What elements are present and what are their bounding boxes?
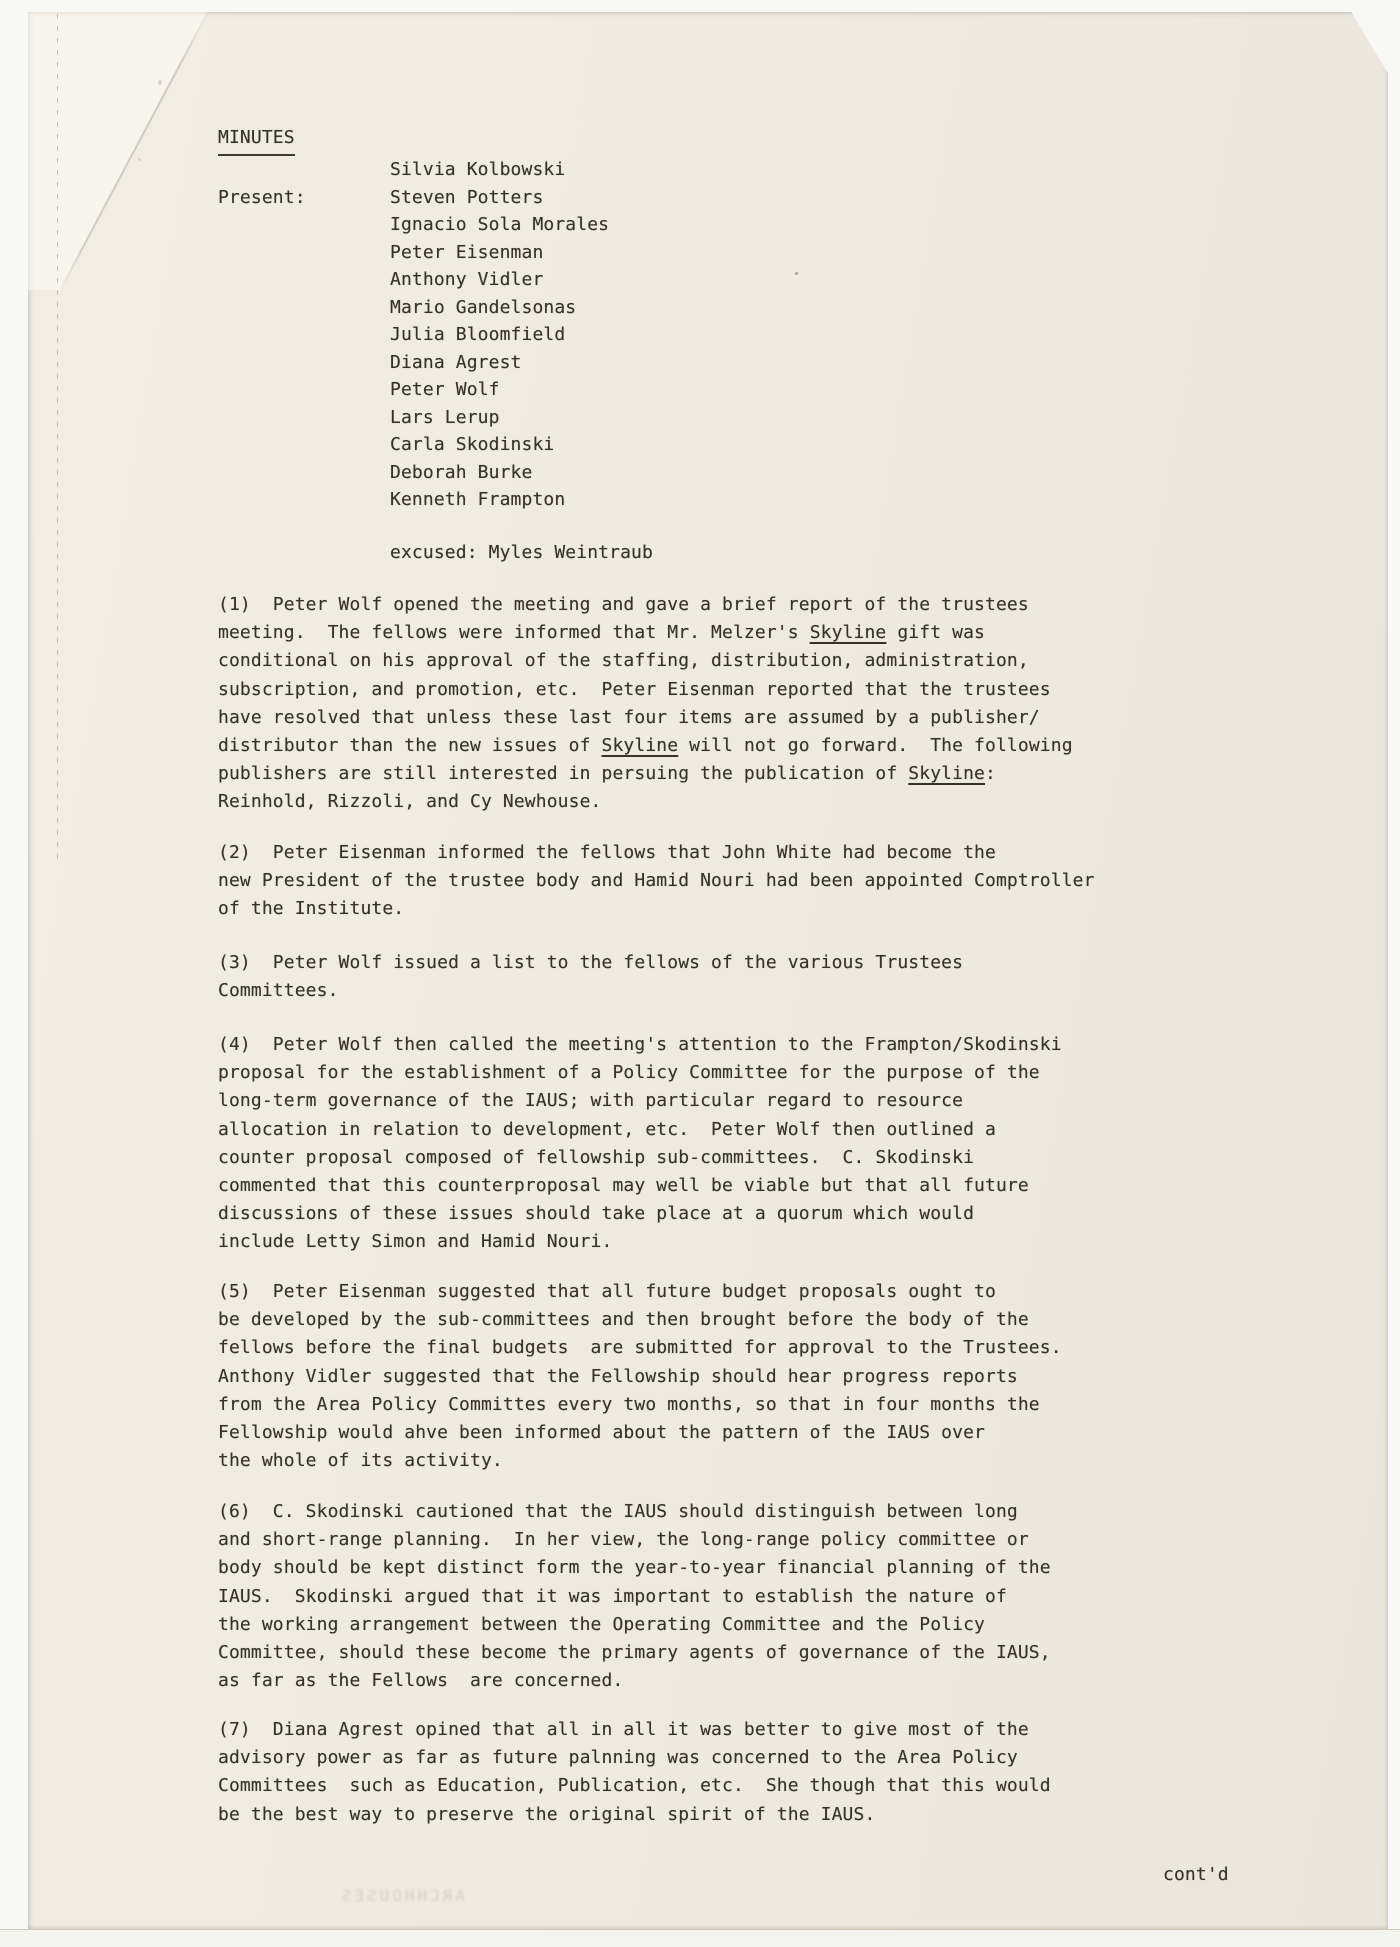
paper-bottom-edge	[0, 1929, 1400, 1947]
paragraph-3: (3) Peter Wolf issued a list to the fell…	[218, 949, 963, 1005]
scanned-page: MINUTES Present: Silvia Kolbowski Steven…	[0, 0, 1400, 1947]
continuation-note: cont'd	[1163, 1861, 1229, 1889]
paragraph-5: (5) Peter Eisenman suggested that all fu…	[218, 1278, 1062, 1475]
paper-speck	[138, 158, 141, 161]
excused-line: excused: Myles Weintraub	[390, 539, 653, 567]
paragraph-6: (6) C. Skodinski cautioned that the IAUS…	[218, 1498, 1051, 1695]
paper-speck	[795, 272, 798, 275]
paragraph-4: (4) Peter Wolf then called the meeting's…	[218, 1031, 1062, 1257]
present-label: Present:	[218, 184, 306, 212]
paper-speck	[158, 80, 162, 85]
left-crease-dashed-line	[57, 14, 58, 864]
document-title: MINUTES	[218, 124, 295, 156]
paragraph-7: (7) Diana Agrest opined that all in all …	[218, 1716, 1051, 1829]
attendee-list: Silvia Kolbowski Steven Potters Ignacio …	[390, 156, 609, 514]
paragraph-1: (1) Peter Wolf opened the meeting and ga…	[218, 591, 1073, 817]
reverse-side-show-through-text: ARCHHOUSES	[205, 1886, 465, 1905]
paragraph-2: (2) Peter Eisenman informed the fellows …	[218, 839, 1095, 924]
